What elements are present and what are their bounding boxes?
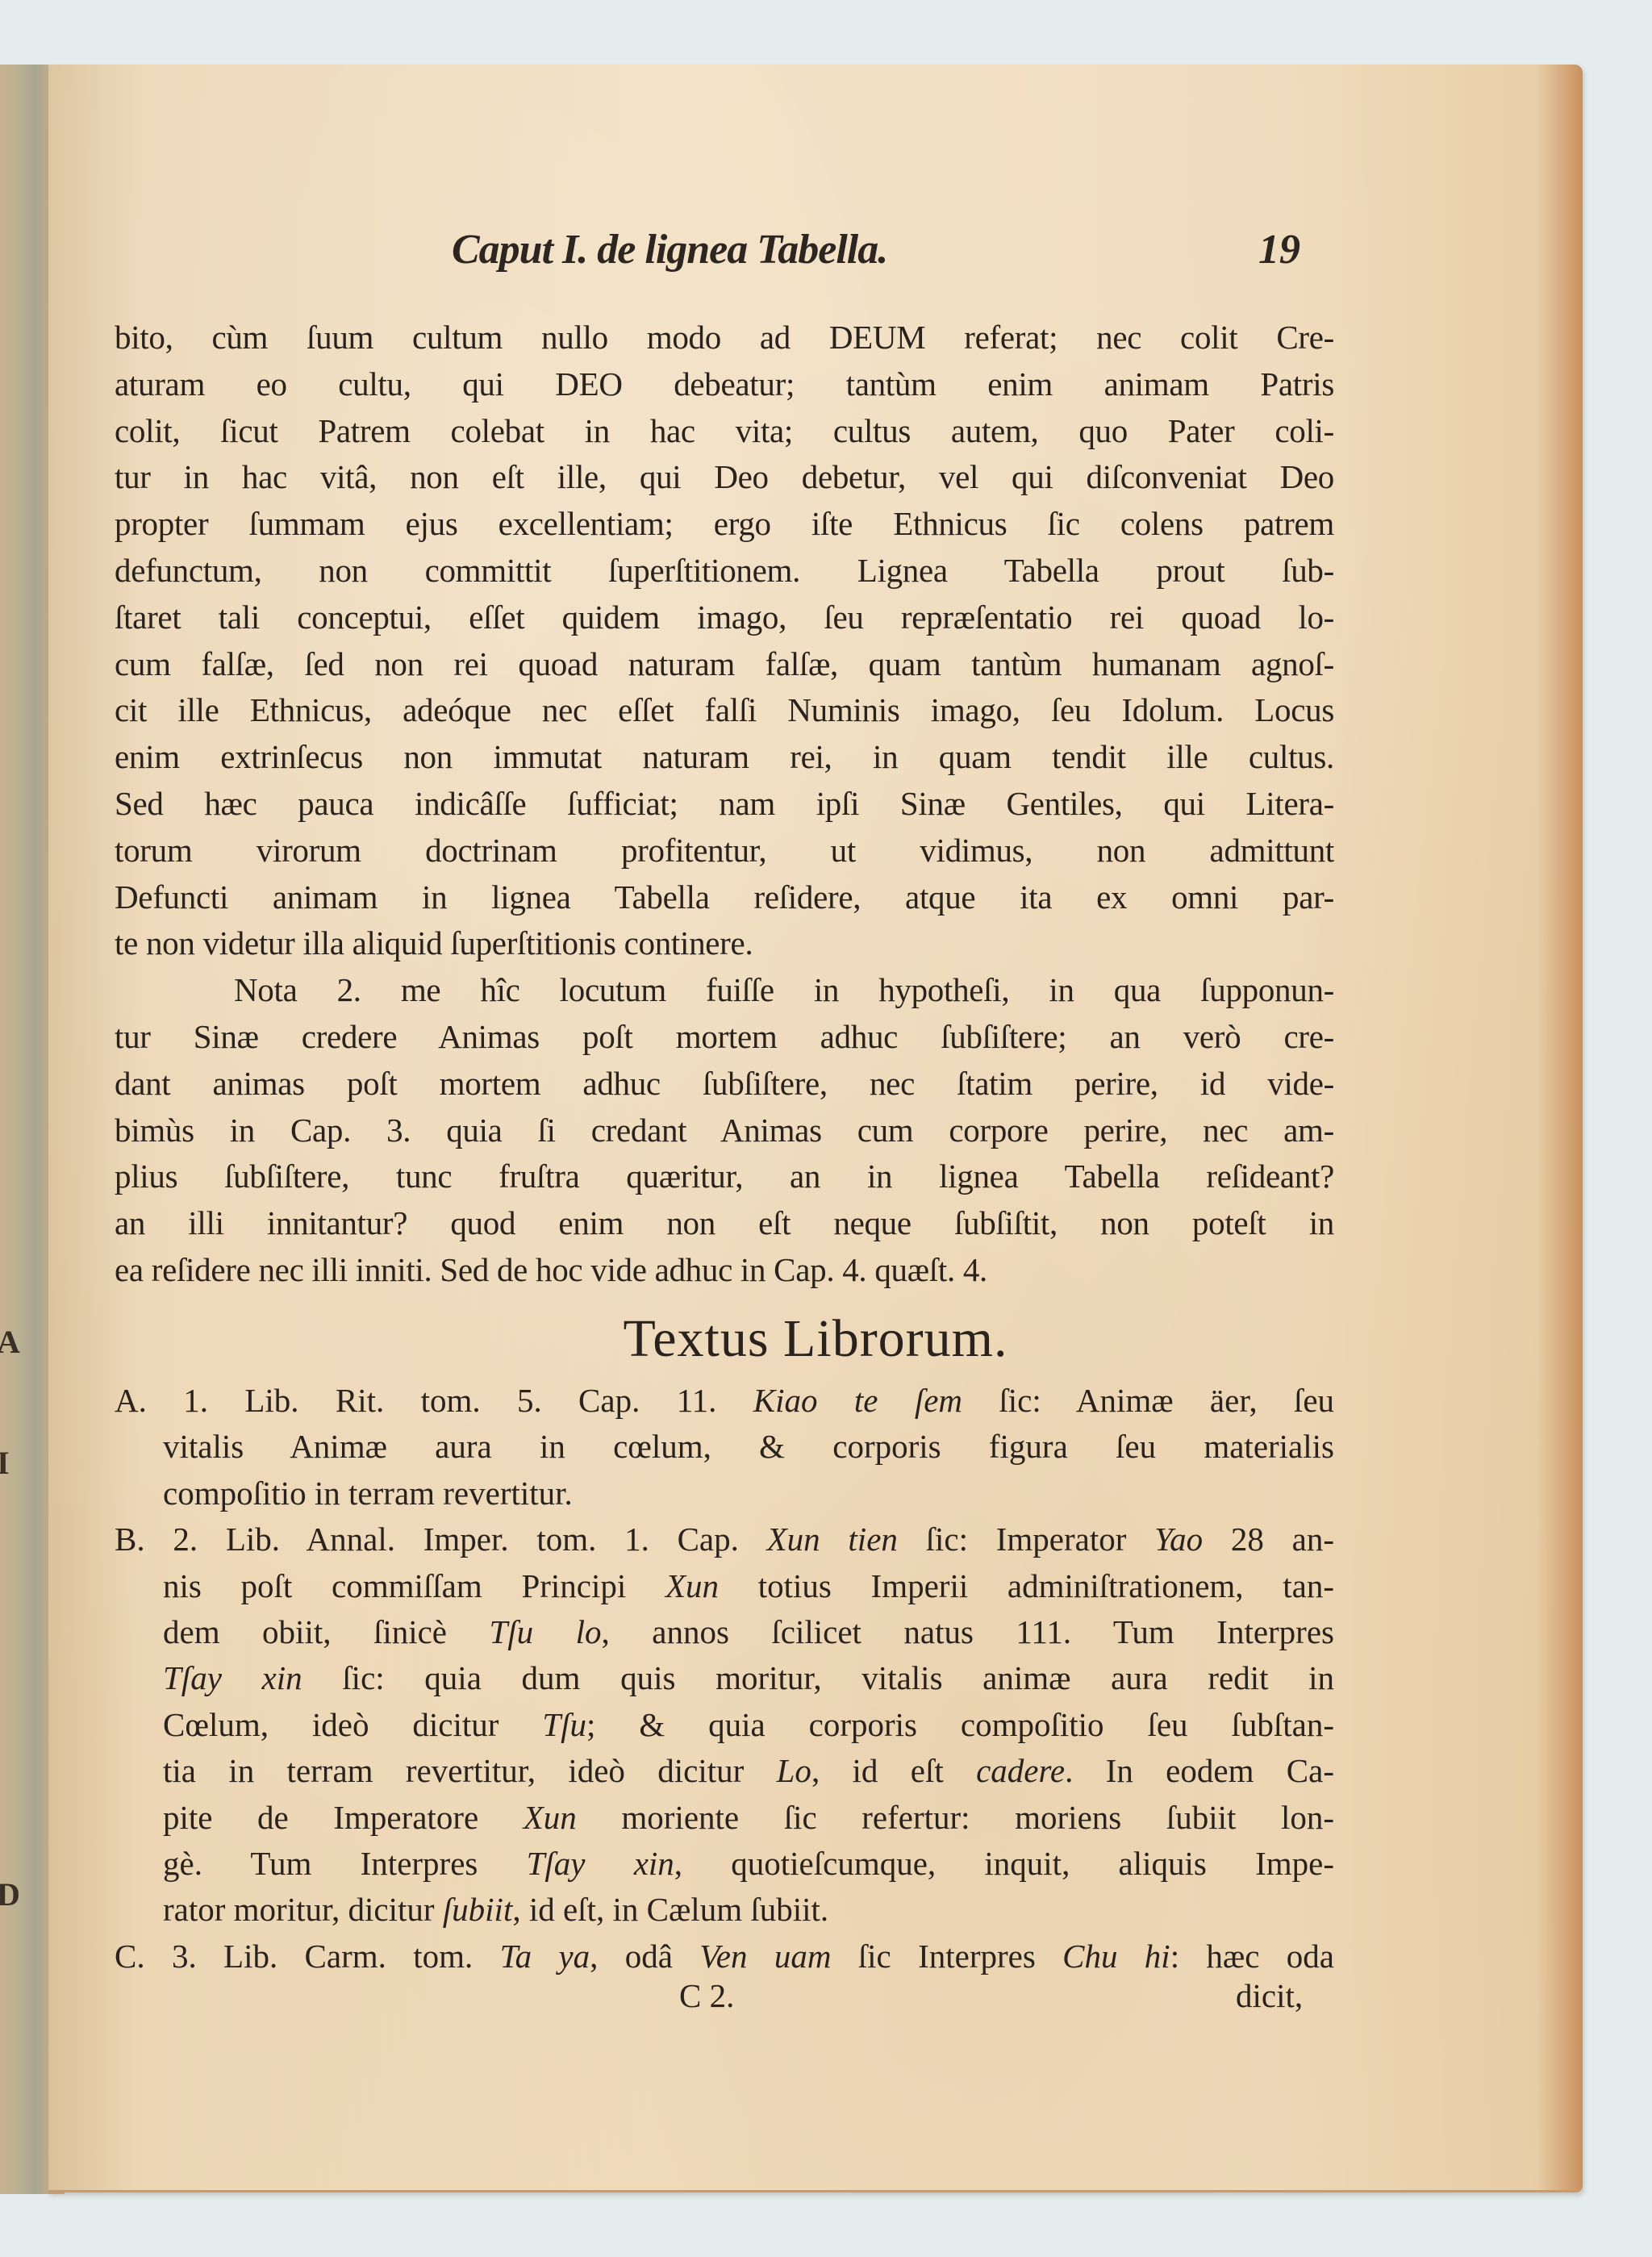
- entry-line: tia in terram revertitur, ideò dicitur L…: [115, 1748, 1334, 1794]
- facing-page-edge: A I D: [0, 0, 32, 2257]
- running-head: Caput I. de lignea Tabella.: [452, 226, 1339, 273]
- text-line: aturam eo cultu, qui DEO debeatur; tantù…: [115, 361, 1334, 408]
- facing-page-mark: A: [0, 1323, 20, 1361]
- nota-line: dant animas poſt mortem adhuc ſubſiſtere…: [115, 1061, 1334, 1108]
- entry-line: C. 3. Lib. Carm. tom. Ta ya, odâ Ven uam…: [115, 1934, 1334, 1980]
- text-line: torum virorum doctrinam profitentur, ut …: [115, 828, 1334, 874]
- body-paragraph: bito, cùm ſuum cultum nullo modo ad DEUM…: [115, 315, 1334, 1294]
- text-line: cit ille Ethnicus, adeóque nec eſſet fal…: [115, 687, 1334, 734]
- catchword: dicit,: [1236, 1976, 1303, 2015]
- entry-line: rator moritur, dicitur ſubiit, id eſt, i…: [115, 1887, 1334, 1933]
- nota-line: plius ſubſiſtere, tunc fruſtra quæritur,…: [115, 1154, 1334, 1200]
- text-line: ſtaret tali conceptui, eſſet quidem imag…: [115, 594, 1334, 641]
- entry-line: nis poſt commiſſam Principi Xun totius I…: [115, 1563, 1334, 1609]
- nota-line: ea reſidere nec illi inniti. Sed de hoc …: [115, 1247, 1334, 1294]
- text-line: defunctum, non committit ſuperſtitionem.…: [115, 548, 1334, 594]
- book-page: Caput I. de lignea Tabella. 19 bito, cùm…: [48, 65, 1583, 2192]
- signature-mark: C 2.: [679, 1976, 734, 2015]
- text-line: tur in hac vitâ, non eſt ille, qui Deo d…: [115, 454, 1334, 501]
- section-heading: Textus Librorum.: [48, 1308, 1583, 1370]
- nota-line: an illi innitantur? quod enim non eſt ne…: [115, 1200, 1334, 1247]
- entry-line: A. 1. Lib. Rit. tom. 5. Cap. 11. Kiao te…: [115, 1378, 1334, 1424]
- text-line: Sed hæc pauca indicâſſe ſufficiat; nam i…: [115, 781, 1334, 828]
- nota-line: bimùs in Cap. 3. quia ſi credant Animas …: [115, 1108, 1334, 1154]
- text-line: cum falſæ, ſed non rei quoad naturam fal…: [115, 641, 1334, 688]
- facing-page-mark: I: [0, 1444, 10, 1482]
- entry-line: vitalis Animæ aura in cœlum, & corporis …: [115, 1424, 1334, 1470]
- text-line: bito, cùm ſuum cultum nullo modo ad DEUM…: [115, 315, 1334, 361]
- page-number: 19: [1258, 226, 1300, 273]
- entry-line: Tſay xin ſic: quia dum quis moritur, vit…: [115, 1655, 1334, 1701]
- text-line: enim extrinſecus non immutat naturam rei…: [115, 734, 1334, 781]
- entry-line: B. 2. Lib. Annal. Imper. tom. 1. Cap. Xu…: [115, 1516, 1334, 1562]
- entry-label: A.: [115, 1382, 147, 1419]
- entry-line: Cœlum, ideò dicitur Tſu; & quia corporis…: [115, 1702, 1334, 1748]
- text-line: Defuncti animam in lignea Tabella reſide…: [115, 874, 1334, 921]
- text-line: colit, ſicut Patrem colebat in hac vita;…: [115, 408, 1334, 455]
- entry-line: compoſitio in terram revertitur.: [115, 1471, 1334, 1516]
- entry-line: gè. Tum Interpres Tſay xin, quotieſcumqu…: [115, 1841, 1334, 1887]
- facing-page-mark: D: [0, 1875, 20, 1913]
- entry-line: dem obiit, ſinicè Tſu lo, annos ſcilicet…: [115, 1609, 1334, 1655]
- nota-line: Nota 2. me hîc locutum fuiſſe in hypothe…: [115, 967, 1334, 1014]
- text-line: propter ſummam ejus excellentiam; ergo i…: [115, 501, 1334, 548]
- entry-line: pite de Imperatore Xun moriente ſic refe…: [115, 1795, 1334, 1841]
- source-entries: A. 1. Lib. Rit. tom. 5. Cap. 11. Kiao te…: [115, 1378, 1334, 1980]
- text-line: te non videtur illa aliquid ſuperſtition…: [115, 920, 1334, 967]
- entry-label: C.: [115, 1938, 145, 1975]
- nota-line: tur Sinæ credere Animas poſt mortem adhu…: [115, 1014, 1334, 1061]
- entry-label: B.: [115, 1521, 145, 1558]
